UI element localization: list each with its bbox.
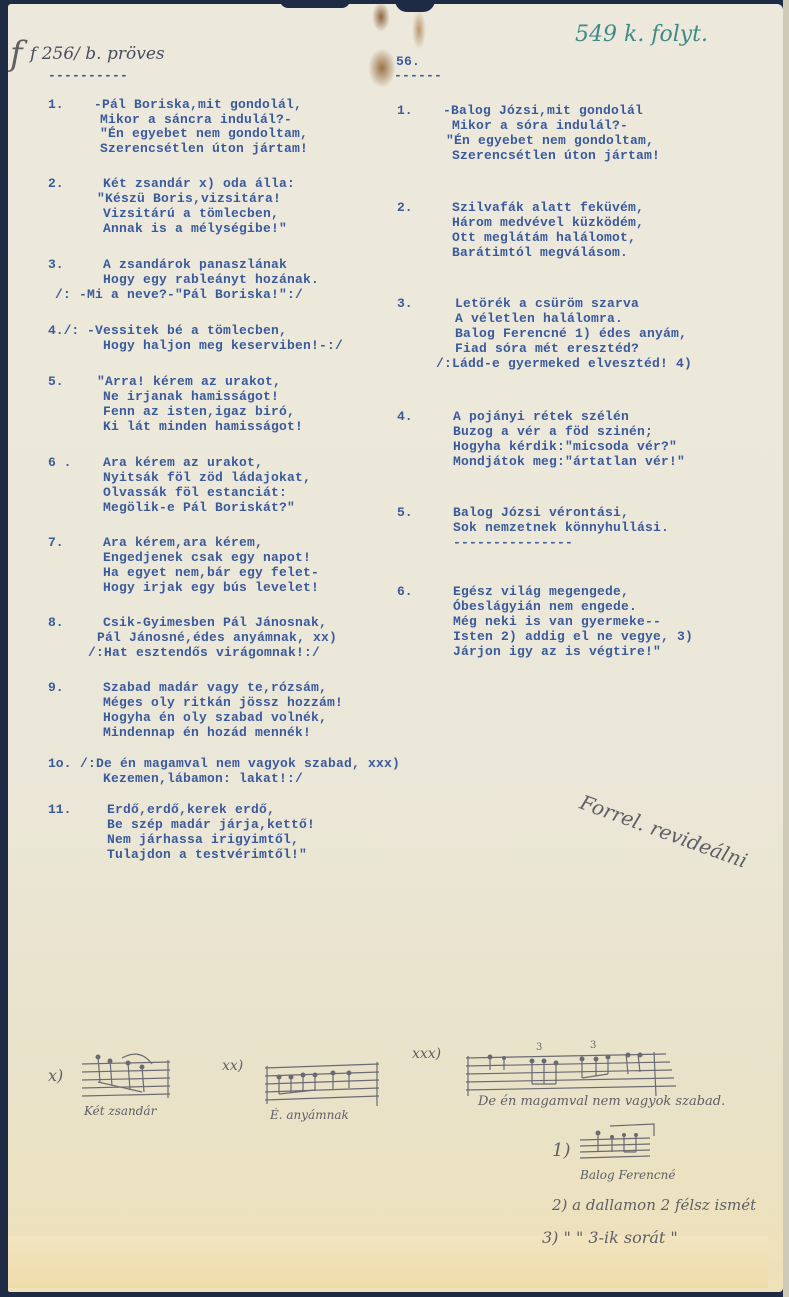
music-staff-sketch <box>580 1122 660 1162</box>
stanza-line: /:Hat esztendős virágomnak!:/ <box>88 645 320 660</box>
stanza-line: "Én egyebet nem gondoltam, <box>100 126 308 141</box>
stanza-number: 9. <box>48 680 64 695</box>
stanza-line: A pojányi rétek szélén <box>453 409 629 424</box>
stanza-line: Ha egyet nem,bár egy felet- <box>103 565 319 580</box>
stanza-line: A véletlen halálomra. <box>455 311 623 326</box>
stanza-line: Mondjátok meg:"ártatlan vér!" <box>453 454 685 469</box>
stanza-line: Szilvafák alatt feküvém, <box>452 200 644 215</box>
footnote-2: 2) a dallamon 2 félsz ismét <box>552 1196 756 1214</box>
stanza-line: Szerencsétlen úton jártam! <box>100 141 308 156</box>
stanza-line: Pál Jánosné,édes anyámnak, xx) <box>97 630 337 645</box>
stanza-line: Mikor a sáncra indulál?- <box>100 112 292 127</box>
stanza-line: Ott meglátám halálomot, <box>452 230 636 245</box>
music-staff-sketch <box>82 1052 172 1107</box>
stanza-line: Két zsandár x) oda álla: <box>103 176 295 191</box>
stanza-line: Letörék a csüröm szarva <box>455 296 639 311</box>
torn-notch <box>395 0 435 12</box>
stanza-line: Járjon igy az is végtire!" <box>453 644 661 659</box>
stanza-line: "Készü Boris,vizsitára! <box>97 191 281 206</box>
stanza-line: Annak is a mélységibe!" <box>103 221 287 236</box>
stanza-line: Megölik-e Pál Boriskát?" <box>103 500 295 515</box>
stanza-line: Vizsitárú a tömlecben, <box>103 206 279 221</box>
stanza-number: 4. <box>397 409 413 424</box>
footnote-caption: De én magamval nem vagyok szabad. <box>478 1094 725 1109</box>
stanza-line: Ara kérem az urakot, <box>103 455 263 470</box>
stanza-line: Ara kérem,ara kérem, <box>103 535 263 550</box>
svg-text:3: 3 <box>590 1040 596 1051</box>
stanza-number: 6. <box>397 584 413 599</box>
stanza-line: -Pál Boriska,mit gondolál, <box>94 97 302 112</box>
stanza-line: Balog Ferencné 1) édes anyám, <box>455 326 687 341</box>
stanza-line: Kezemen,lábamon: lakat!:/ <box>95 771 303 786</box>
music-staff-sketch: 33 <box>466 1040 678 1100</box>
stanza-line: Barátimtól megválásom. <box>452 245 628 260</box>
handwritten-header-right: 549 k. folyt. <box>575 22 708 47</box>
stanza-line: Hogyha én oly szabad volnék, <box>103 710 327 725</box>
footnote-caption: É. anyámnak <box>270 1108 349 1122</box>
footnote-caption: Két zsandár <box>84 1104 156 1118</box>
stanza-line: Tulajdon a testvérimtől!" <box>107 847 307 862</box>
stanza-number: 1. <box>397 103 413 118</box>
stanza-line: Csik-Gyimesben Pál Jánosnak, <box>103 615 327 630</box>
stanza-line: Balog Józsi vérontási, <box>453 505 629 520</box>
stanza-line: Buzog a vér a föd szinén; <box>453 424 653 439</box>
stanza-number: 1. <box>48 97 64 112</box>
torn-notch <box>280 0 350 8</box>
footnote-caption: Balog Ferencné <box>580 1168 675 1182</box>
music-staff-sketch <box>265 1060 383 1110</box>
folio-f-mark: f <box>10 34 23 74</box>
stanza-line: Hogy egy rableányt hozának. <box>103 272 319 287</box>
stanza-line: Mindennap én hozád mennék! <box>103 725 311 740</box>
stanza-line: Olvassák föl estanciát: <box>103 485 287 500</box>
stanza-number: 3. <box>397 296 413 311</box>
stanza-line: Sok nemzetnek könnyhullási. <box>453 520 669 535</box>
stanza-line: Még neki is van gyermeke-- <box>453 614 661 629</box>
footnote-marker: x) <box>48 1066 63 1085</box>
stanza-line: A zsandárok panaszlának <box>103 257 287 272</box>
stanza-line: Ki lát minden hamisságot! <box>103 419 303 434</box>
footnote-marker: 1) <box>552 1140 570 1161</box>
stanza-line: Fenn az isten,igaz biró, <box>103 404 295 419</box>
stanza-number: 6 . <box>48 455 71 470</box>
right-header-number: 56. <box>396 54 420 69</box>
stanza-line: Nem járhassa irigyimtől, <box>107 832 299 847</box>
stanza-line: Egész világ megengede, <box>453 584 629 599</box>
rust-stain <box>412 10 426 50</box>
stanza-number: 2. <box>397 200 413 215</box>
stanza-line: -Vessitek bé a tömlecben, <box>87 323 287 338</box>
stanza-line: Fiad sóra mét eresztéd? <box>455 341 639 356</box>
left-header-dashes: ---------- <box>48 68 128 83</box>
right-edge-shadow <box>783 0 789 1297</box>
stanza-number: 3. <box>48 257 64 272</box>
stanza-line: -Balog Józsi,mit gondolál <box>443 103 643 118</box>
stanza-number: 11. <box>48 802 71 817</box>
right-header-dashes: ------ <box>394 68 442 83</box>
stanza-line: /: -Mi a neve?-"Pál Boriska!":/ <box>55 287 303 302</box>
stanza-line: Szabad madár vagy te,rózsám, <box>103 680 327 695</box>
rust-stain <box>372 2 390 32</box>
footnote-marker: xx) <box>222 1058 243 1074</box>
stanza-number: 8. <box>48 615 64 630</box>
stanza-line: Be szép madár járja,kettő! <box>107 817 315 832</box>
stanza-number: 4./: <box>48 323 79 338</box>
stanza-line: Szerencsétlen úton jártam! <box>452 148 660 163</box>
svg-text:3: 3 <box>536 1042 542 1053</box>
stanza-number: 5. <box>48 374 64 389</box>
stanza-line: Óbeslágyián nem engede. <box>453 599 637 614</box>
stanza-number: 2. <box>48 176 64 191</box>
stanza-line: Méges oly ritkán jössz hozzám! <box>103 695 343 710</box>
handwritten-header-left: f 256/ b. pröves <box>30 44 165 64</box>
stanza-line: Hogy haljon meg keserviben!-:/ <box>103 338 343 353</box>
stanza-number: 5. <box>397 505 413 520</box>
stanza-line: "Arra! kérem az urakot, <box>97 374 281 389</box>
stanza-line: --------------- <box>453 535 573 550</box>
stanza-line: Hogyha kérdik:"micsoda vér?" <box>453 439 677 454</box>
stanza-line: "Én egyebet nem gondoltam, <box>446 133 654 148</box>
stanza-line: /:Ládd-e gyermeked elvesztéd! 4) <box>436 356 692 371</box>
footnote-3: 3) " " 3-ik sorát " <box>542 1228 678 1247</box>
stanza-number: 7. <box>48 535 64 550</box>
stanza-line: Mikor a sóra indulál?- <box>452 118 628 133</box>
stanza-line: /:De én magamval nem vagyok szabad, xxx) <box>80 756 400 771</box>
stanza-line: Engedjenek csak egy napot! <box>103 550 311 565</box>
stanza-number: 1o. <box>48 756 71 771</box>
stanza-line: Hogy irjak egy bús levelet! <box>103 580 319 595</box>
footnote-marker: xxx) <box>412 1046 441 1062</box>
stanza-line: Isten 2) addig el ne vegye, 3) <box>453 629 693 644</box>
stanza-line: Ne irjanak hamisságot! <box>103 389 279 404</box>
rust-stain <box>368 48 396 88</box>
stanza-line: Három medvével küzködém, <box>452 215 644 230</box>
stanza-line: Nyitsák föl zöd ládajokat, <box>103 470 311 485</box>
stanza-line: Erdő,erdő,kerek erdő, <box>107 802 275 817</box>
